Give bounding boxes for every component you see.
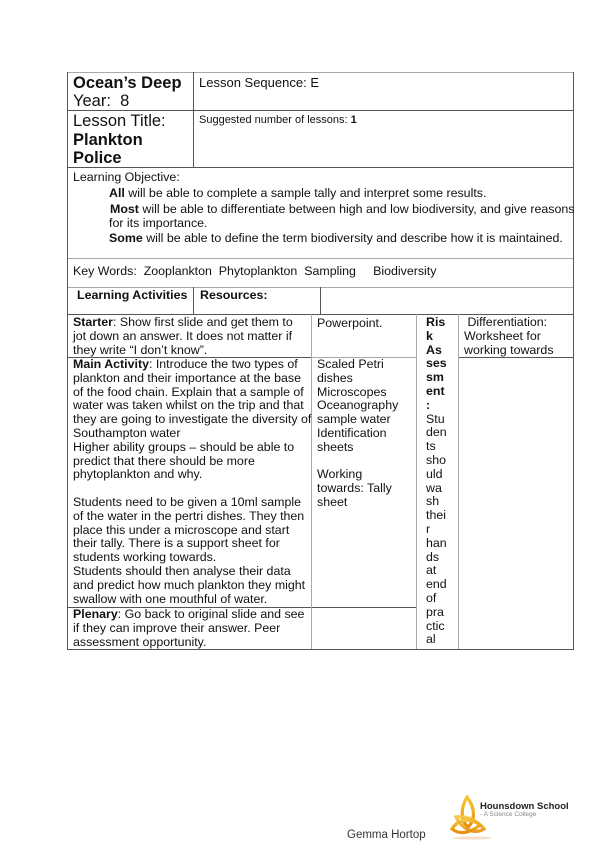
objective-lead: Most — [110, 202, 139, 216]
main-activity-resources: Scaled PetridishesMicroscopesOceanograph… — [317, 358, 398, 510]
risk-text-fragment: at — [426, 564, 447, 578]
lesson-title-label: Lesson Title: — [73, 112, 166, 131]
main-activity-lead: Main Activity — [73, 357, 149, 371]
starter-line: they write “I don’t know”. — [73, 344, 293, 358]
year-value: 8 — [120, 92, 129, 110]
suggested-lessons: Suggested number of lessons: 1 — [199, 113, 357, 127]
key-word: Zooplankton — [144, 264, 212, 278]
risk-text-fragment: pra — [426, 606, 447, 620]
risk-heading-fragment: ses — [426, 357, 447, 371]
differentiation-heading: Differentiation: — [464, 316, 554, 330]
border — [458, 314, 459, 649]
lesson-title-line2: Police — [73, 149, 122, 168]
plenary-line: if they can improve their answer. Peer — [73, 622, 304, 636]
main-activity-line: swallow with one mouthful of water. — [73, 593, 311, 607]
objective-most: Most will be able to differentiate betwe… — [110, 202, 574, 216]
border — [67, 167, 574, 168]
main-activity-line: of the water in the pertri dishes. They … — [73, 510, 311, 524]
main-activity-line: Students should then analyse their data — [73, 565, 311, 579]
differentiation: Differentiation: Worksheet for working t… — [464, 316, 554, 357]
learning-activities-header: Learning Activities — [77, 288, 187, 302]
starter-resources: Powerpoint. — [317, 316, 382, 330]
border — [416, 314, 417, 649]
plenary-lead: Plenary — [73, 607, 118, 621]
lesson-title-line1: Plankton — [73, 131, 143, 150]
sequence-label: Lesson Sequence: — [199, 75, 307, 90]
main-activity-line: water was taken whilst on the trip and t… — [73, 399, 311, 413]
risk-text-fragment: Stu — [426, 413, 447, 427]
border — [67, 258, 574, 259]
border — [67, 72, 574, 73]
sequence-value: E — [310, 75, 319, 90]
objective-text: will be able to differentiate between hi… — [139, 202, 575, 216]
year-label: Year: — [73, 92, 111, 110]
resource-line: dishes — [317, 372, 398, 386]
main-activity-line — [73, 482, 311, 496]
risk-text-fragment: ctic — [426, 620, 447, 634]
resource-line: sheets — [317, 441, 398, 455]
school-tagline: - A Science College — [480, 811, 536, 819]
suggested-label: Suggested number of lessons: — [199, 114, 348, 126]
starter-text: Starter: Show first slide and get them t… — [73, 316, 293, 357]
lesson-sequence: Lesson Sequence: E — [199, 76, 319, 90]
risk-heading-fragment: Ris — [426, 316, 447, 330]
starter-lead: Starter — [73, 315, 113, 329]
main-activity-line: students working towards. — [73, 551, 311, 565]
risk-text-fragment: of — [426, 592, 447, 606]
risk-text-fragment: ds — [426, 551, 447, 565]
differentiation-line: working towards — [464, 344, 554, 358]
border — [67, 110, 574, 111]
key-word: Sampling — [304, 264, 356, 278]
suggested-value: 1 — [351, 114, 357, 126]
resource-line: Identification — [317, 427, 398, 441]
risk-text-fragment: thei — [426, 509, 447, 523]
objectives-heading: Learning Objective: — [73, 170, 180, 184]
objective-text: will be able to define the term biodiver… — [143, 231, 563, 245]
author-name: Gemma Hortop — [347, 828, 426, 842]
main-activity-line: Southampton water — [73, 427, 311, 441]
plenary-line: : Go back to original slide and see — [118, 607, 305, 621]
risk-text-fragment: end — [426, 578, 447, 592]
main-activity-line: predict that there should be more — [73, 455, 311, 469]
main-activity-line: place this under a microscope and start — [73, 524, 311, 538]
main-activity-line: plankton and their importance at the bas… — [73, 372, 311, 386]
objective-most-cont: for its importance. — [109, 216, 207, 230]
key-words-label: Key Words: — [73, 264, 137, 278]
risk-text-fragment: sh — [426, 495, 447, 509]
main-activity-line: their tally. There is a support sheet fo… — [73, 537, 311, 551]
risk-heading-fragment: sm — [426, 371, 447, 385]
main-activity-line: phytoplankton and why. — [73, 468, 311, 482]
resource-line: sample water — [317, 413, 398, 427]
main-activity-line: of the food chain. Explain that a sample… — [73, 386, 311, 400]
border — [193, 72, 194, 167]
objective-all: All will be able to complete a sample ta… — [109, 186, 486, 200]
key-word: Phytoplankton — [219, 264, 298, 278]
key-word: Biodiversity — [373, 264, 436, 278]
risk-text-fragment: den — [426, 426, 447, 440]
risk-text-fragment: sho — [426, 454, 447, 468]
border — [320, 287, 321, 314]
objective-lead: All — [109, 186, 125, 200]
main-activity-line: they are going to investigate the divers… — [73, 413, 311, 427]
main-activity-line: : Introduce the two types of — [149, 357, 298, 371]
resource-line: Oceanography — [317, 399, 398, 413]
resource-line: towards: Tally — [317, 482, 398, 496]
risk-text-fragment: r — [426, 523, 447, 537]
objective-text: will be able to complete a sample tally … — [125, 186, 487, 200]
resource-line — [317, 455, 398, 469]
resources-header: Resources: — [200, 288, 268, 302]
objective-some: Some will be able to define the term bio… — [109, 231, 563, 245]
main-activity-line: Students need to be given a 10ml sample — [73, 496, 311, 510]
main-activity-line: Higher ability groups – should be able t… — [73, 441, 311, 455]
risk-heading-fragment: ent — [426, 385, 447, 399]
risk-text-fragment: uld — [426, 468, 447, 482]
resource-line: Scaled Petri — [317, 358, 398, 372]
plenary-text: Plenary: Go back to original slide and s… — [73, 608, 304, 649]
starter-line: : Show first slide and get them to — [113, 315, 293, 329]
risk-text-fragment: al — [426, 633, 447, 647]
risk-heading-fragment: As — [426, 344, 447, 358]
risk-text-fragment: han — [426, 537, 447, 551]
resource-line: sheet — [317, 496, 398, 510]
starter-line: jot down an answer. It does not matter i… — [73, 330, 293, 344]
key-words: Key Words: Zooplankton Phytoplankton Sam… — [73, 264, 436, 278]
main-activity-line: and predict how much plankton they might — [73, 579, 311, 593]
plenary-line: assessment opportunity. — [73, 636, 304, 650]
risk-text-fragment: wa — [426, 482, 447, 496]
resource-line: Working — [317, 468, 398, 482]
risk-assessment: RiskAssessment:Studentsshouldwashtheirha… — [426, 316, 447, 647]
objective-lead: Some — [109, 231, 143, 245]
risk-text-fragment: ts — [426, 440, 447, 454]
risk-heading-fragment: k — [426, 330, 447, 344]
year: Year: 8 — [73, 92, 129, 111]
main-activity-text: Main Activity: Introduce the two types o… — [73, 358, 311, 606]
differentiation-line: Worksheet for — [464, 330, 554, 344]
border — [67, 72, 68, 650]
resource-line: Microscopes — [317, 386, 398, 400]
border — [573, 72, 574, 650]
risk-heading-fragment: : — [426, 399, 447, 413]
unit-title: Ocean’s Deep — [73, 74, 182, 93]
border — [193, 287, 194, 314]
